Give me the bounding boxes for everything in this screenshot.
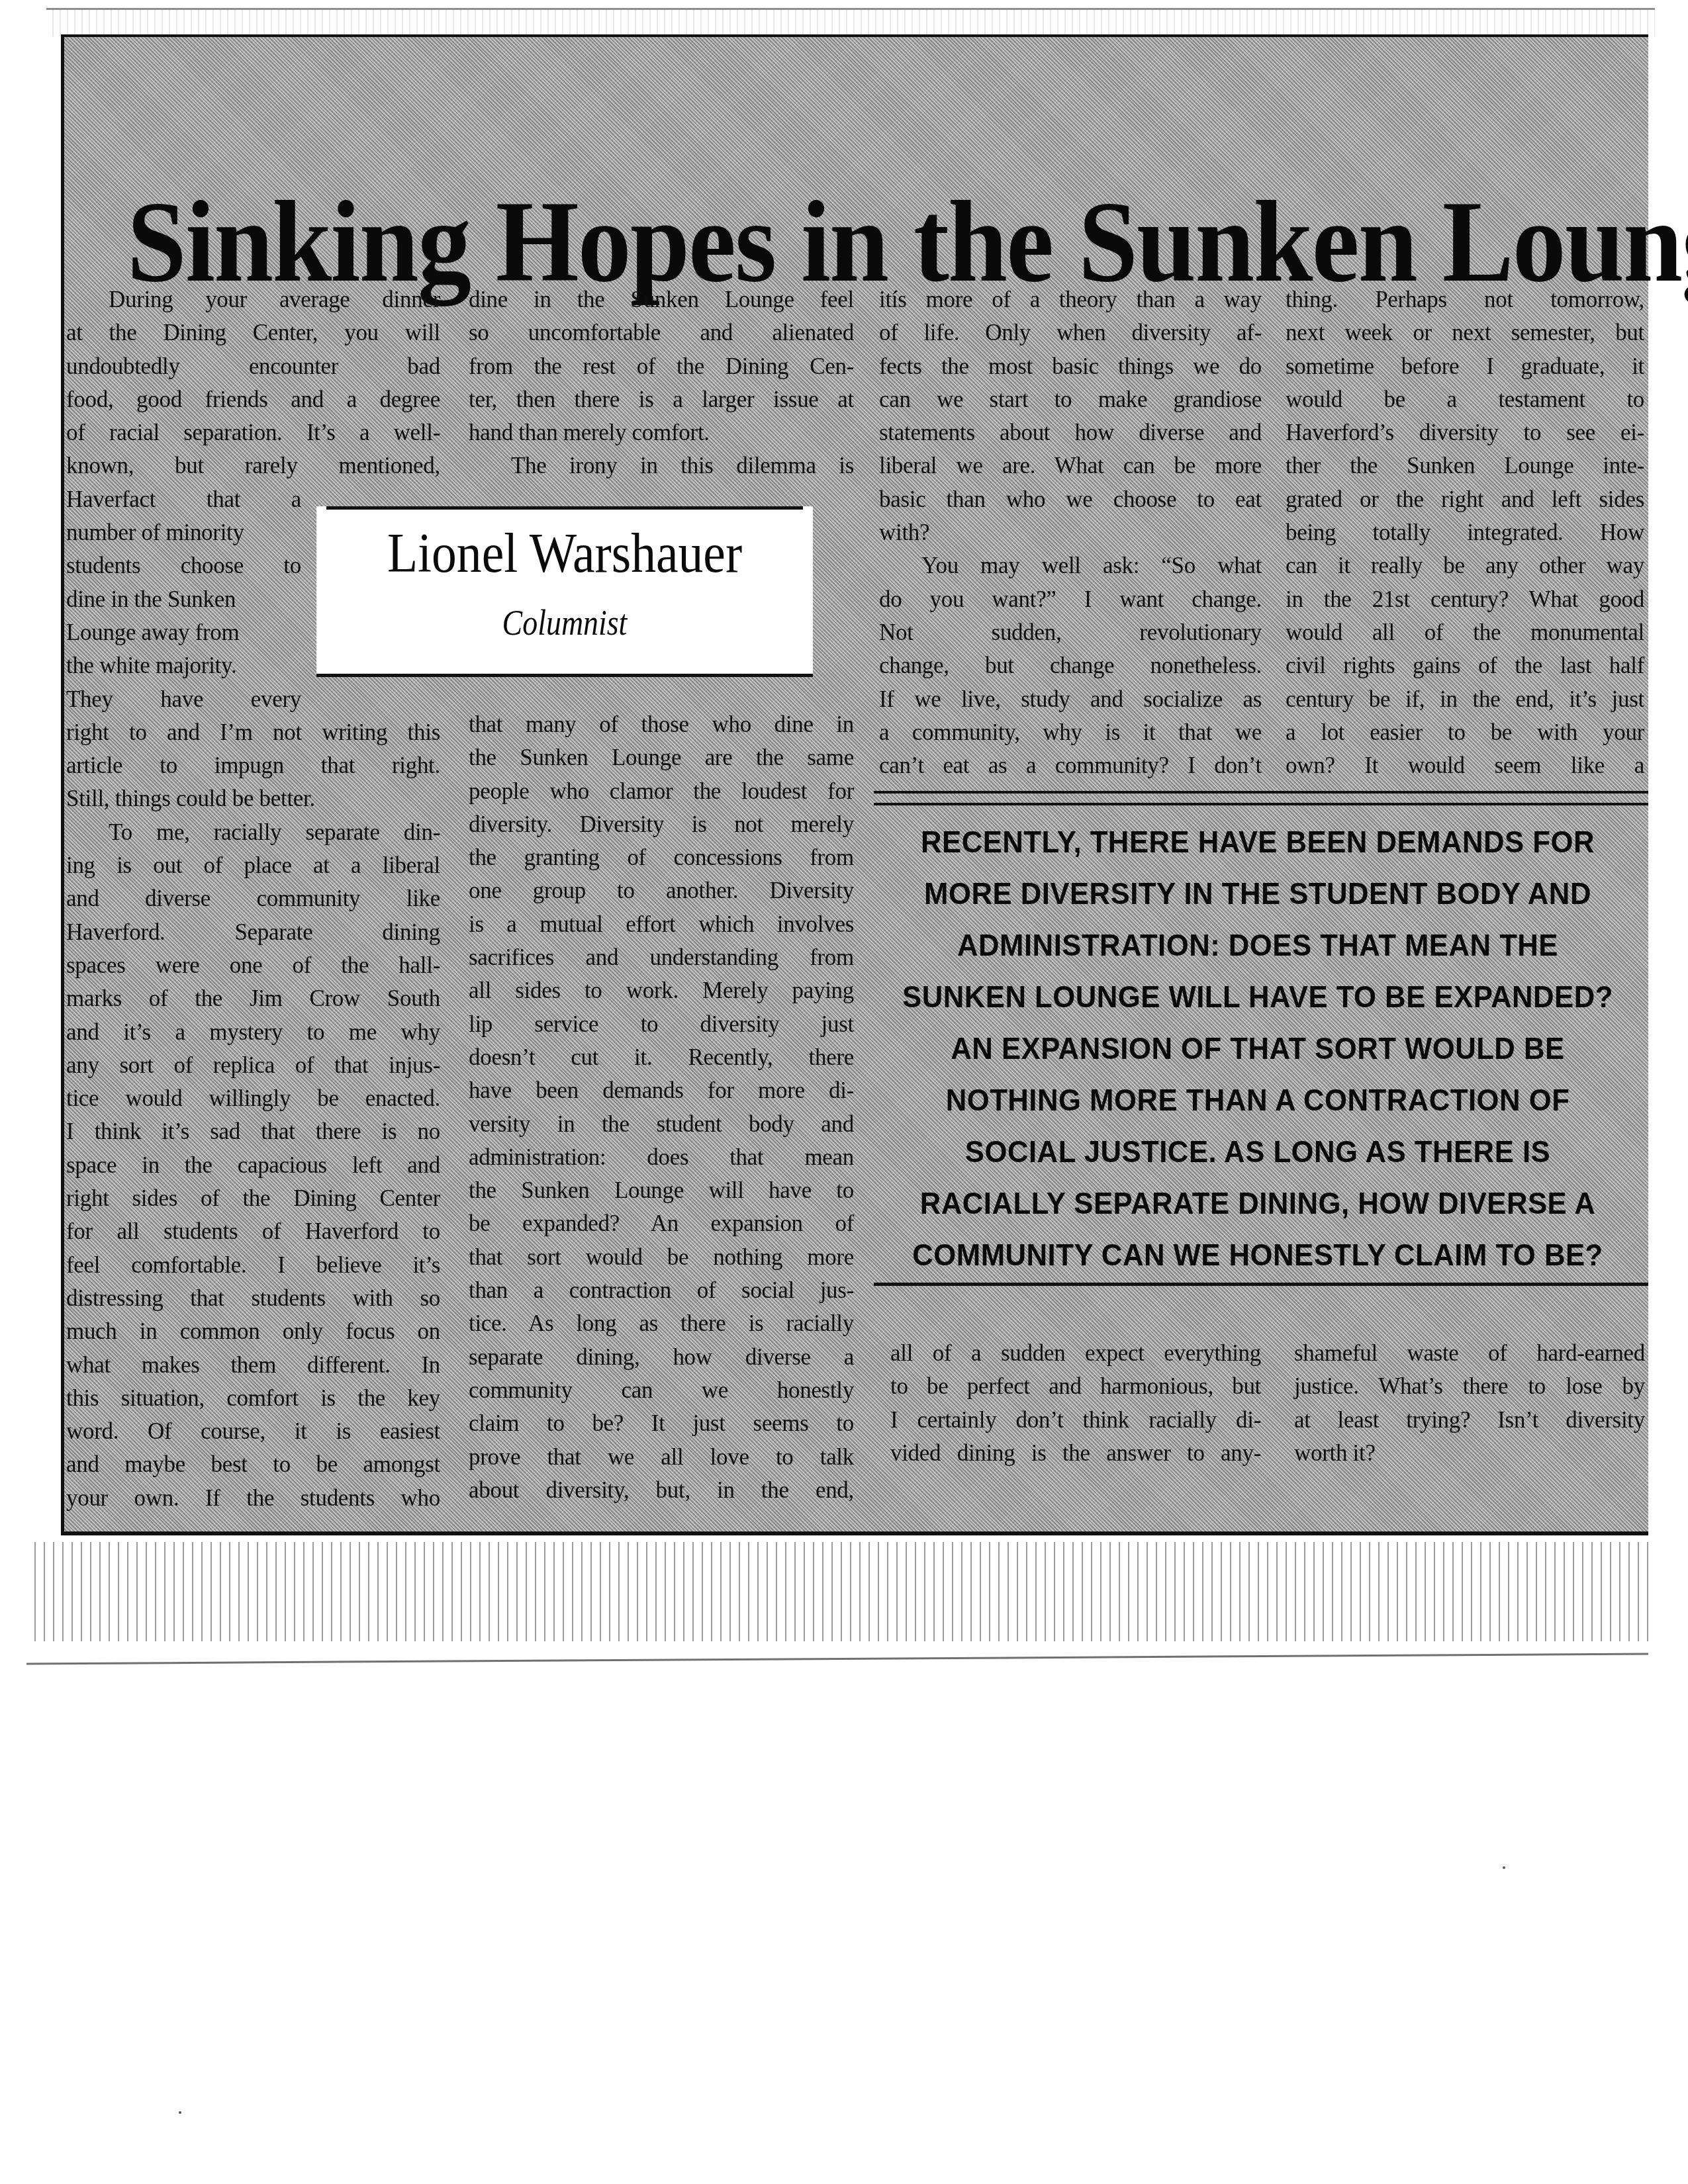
pull-quote-line: NOTHING MORE THAN A CONTRACTION OF [887,1074,1629,1126]
text-line: and it’s a mystery to me why [66,1016,440,1049]
column-3-lower: all of a sudden expect everything to be … [890,1337,1261,1470]
text-line: so uncomfortable and alienated [469,316,854,349]
text-line: that many of those who dine in [469,708,854,741]
byline-rule-top [326,506,803,510]
text-line: do you want?” I want change. [879,583,1262,616]
text-line: feel comfortable. I believe it’s [66,1249,440,1282]
column-1: During your average dinner at the Dining… [66,283,440,1515]
text-line: spaces were one of the hall- [66,949,440,982]
text-line: space in the capacious left and [66,1149,440,1182]
text-line: During your average dinner [66,283,440,316]
text-line: worth it? [1294,1437,1645,1470]
text-line: and maybe best to be amongst [66,1448,440,1481]
text-line: ing is out of place at a liberal [66,849,440,882]
column-4-lower: shameful waste of hard-earned justice. W… [1294,1337,1645,1470]
text-line: The irony in this dilemma is [469,449,854,482]
text-line: students choose to [66,549,301,582]
text-line: They have every [66,683,301,716]
text-line: in the 21st century? What good [1286,583,1644,616]
text-line: for all students of Haverford to [66,1215,440,1248]
text-line: a lot easier to be with your [1286,716,1644,749]
text-line: much in common only focus on [66,1315,440,1348]
byline-rule-bottom [316,674,813,677]
text-line: and diverse community like [66,882,440,915]
scan-top-edge [46,8,1655,36]
scan-bottom-edge [26,1653,1648,1665]
text-line: can’t eat as a community? I don’t [879,749,1262,782]
text-line: next week or next semester, but [1286,316,1644,349]
pull-quote-line: SOCIAL JUSTICE. AS LONG AS THERE IS [887,1126,1629,1177]
text-line: this situation, comfort is the key [66,1382,440,1415]
text-line: what makes them different. In [66,1349,440,1382]
pull-quote-line: ADMINISTRATION: DOES THAT MEAN THE [887,919,1629,971]
text-line: undoubtedly encounter bad [66,350,440,383]
text-line: You may well ask: “So what [879,549,1262,582]
text-line: Haverford’s diversity to see ei- [1286,416,1644,449]
text-line: liberal we are. What can be more [879,449,1262,482]
text-line: article to impugn that right. [66,749,440,782]
text-line: to be perfect and harmonious, but [890,1370,1261,1403]
text-line: versity in the student body and [469,1108,854,1141]
text-line: I think it’s sad that there is no [66,1115,440,1148]
text-line: have been demands for more di- [469,1074,854,1107]
text-line: sacrifices and understanding from [469,941,854,974]
text-line: hand than merely comfort. [469,416,854,449]
text-line: lip service to diversity just [469,1008,854,1041]
text-line: can we start to make grandiose [879,383,1262,416]
text-line: food, good friends and a degree [66,383,440,416]
author-role: Columnist [353,602,776,643]
text-line: the white majority. [66,649,301,682]
text-line: a community, why is it that we [879,716,1262,749]
text-line: any sort of replica of that injus- [66,1049,440,1082]
text-line: marks of the Jim Crow South [66,982,440,1015]
text-line: the Sunken Lounge are the same [469,741,854,774]
text-line: tice would willingly be enacted. [66,1082,440,1115]
text-line: dine in the Sunken [66,583,301,616]
pull-quote-text: RECENTLY, THERE HAVE BEEN DEMANDS FOR MO… [867,816,1648,1281]
text-line: prove that we all love to talk [469,1441,854,1474]
text-line: tice. As long as there is racially [469,1307,854,1340]
text-line: own? It would seem like a [1286,749,1644,782]
text-line: about diversity, but, in the end, [469,1474,854,1507]
text-line: right to and I’m not writing this [66,716,440,749]
text-line: century be if, in the end, it’s just [1286,683,1644,716]
text-line: vided dining is the answer to any- [890,1437,1261,1470]
text-line: shameful waste of hard-earned [1294,1337,1645,1370]
text-line: of racial separation. It’s a well- [66,416,440,449]
pull-quote-rule-bottom [874,1283,1648,1286]
pull-quote: RECENTLY, THERE HAVE BEEN DEMANDS FOR MO… [867,791,1648,1286]
text-line: your own. If the students who [66,1482,440,1515]
text-line: be expanded? An expansion of [469,1207,854,1240]
text-line: would be a testament to [1286,383,1644,416]
text-line: I certainly don’t think racially di- [890,1404,1261,1437]
text-line: itís more of a theory than a way [879,283,1262,316]
pull-quote-line: AN EXPANSION OF THAT SORT WOULD BE [887,1023,1629,1074]
text-line: than a contraction of social jus- [469,1274,854,1307]
text-line: distressing that students with so [66,1282,440,1315]
author-name: Lionel Warshauer [342,526,788,582]
text-line: Haverfact that a [66,483,301,516]
text-line: change, but change nonetheless. [879,649,1262,682]
text-line: Haverford. Separate dining [66,916,440,949]
text-line: Not sudden, revolutionary [879,616,1262,649]
text-line: administration: does that mean [469,1141,854,1174]
text-line: thing. Perhaps not tomorrow, [1286,283,1644,316]
text-line: people who clamor the loudest for [469,775,854,808]
text-line: the granting of concessions from [469,841,854,874]
text-line: number of minority [66,516,301,549]
byline-box: Lionel Warshauer Columnist [316,506,813,677]
text-line: Still, things could be better. [66,782,440,815]
text-line: at the Dining Center, you will [66,316,440,349]
pull-quote-rule-top [874,791,1648,805]
column-3-upper: itís more of a theory than a way of life… [879,283,1262,782]
text-line: all sides to work. Merely paying [469,974,854,1007]
text-line: ther the Sunken Lounge inte- [1286,449,1644,482]
pull-quote-line: COMMUNITY CAN WE HONESTLY CLAIM TO BE? [887,1229,1629,1281]
text-line: being totally integrated. How [1286,516,1644,549]
text-line: claim to be? It just seems to [469,1407,854,1440]
text-line: the Sunken Lounge will have to [469,1174,854,1207]
text-line: Lounge away from [66,616,301,649]
text-line: one group to another. Diversity [469,874,854,907]
text-line: with? [879,516,1262,549]
text-line: doesn’t cut it. Recently, there [469,1041,854,1074]
text-line: that sort would be nothing more [469,1241,854,1274]
column-2-upper: dine in the Sunken Lounge feel so uncomf… [469,283,854,483]
text-line: basic than who we choose to eat [879,483,1262,516]
text-line: If we live, study and socialize as [879,683,1262,716]
text-line: from the rest of the Dining Cen- [469,350,854,383]
text-line: civil rights gains of the last half [1286,649,1644,682]
pull-quote-line: MORE DIVERSITY IN THE STUDENT BODY AND [887,868,1629,919]
scan-speck [179,2111,181,2114]
text-line: To me, racially separate din- [66,816,440,849]
text-line: dine in the Sunken Lounge feel [469,283,854,316]
text-line: can it really be any other way [1286,549,1644,582]
text-line: right sides of the Dining Center [66,1182,440,1215]
pull-quote-line: RECENTLY, THERE HAVE BEEN DEMANDS FOR [887,816,1629,868]
pull-quote-line: SUNKEN LOUNGE WILL HAVE TO BE EXPANDED? [887,971,1629,1023]
text-line: is a mutual effort which involves [469,908,854,941]
text-line: community can we honestly [469,1374,854,1407]
text-line: word. Of course, it is easiest [66,1415,440,1448]
text-line: diversity. Diversity is not merely [469,808,854,841]
text-line: grated or the right and left sides [1286,483,1644,516]
pull-quote-line: RACIALLY SEPARATE DINING, HOW DIVERSE A [887,1177,1629,1229]
text-line: of life. Only when diversity af- [879,316,1262,349]
text-line: at least trying? Isn’t diversity [1294,1404,1645,1437]
column-2-lower: that many of those who dine in the Sunke… [469,708,854,1507]
text-line: statements about how diverse and [879,416,1262,449]
text-line: fects the most basic things we do [879,350,1262,383]
text-line: separate dining, how diverse a [469,1341,854,1374]
text-line: would all of the monumental [1286,616,1644,649]
scan-speck [1503,1866,1505,1869]
column-4-upper: thing. Perhaps not tomorrow, next week o… [1286,283,1644,782]
text-line: justice. What’s there to lose by [1294,1370,1645,1403]
text-line: ter, then there is a larger issue at [469,383,854,416]
scan-halftone-artifact [26,1542,1652,1641]
text-line: all of a sudden expect everything [890,1337,1261,1370]
text-line: sometime before I graduate, it [1286,350,1644,383]
text-line: known, but rarely mentioned, [66,449,440,482]
